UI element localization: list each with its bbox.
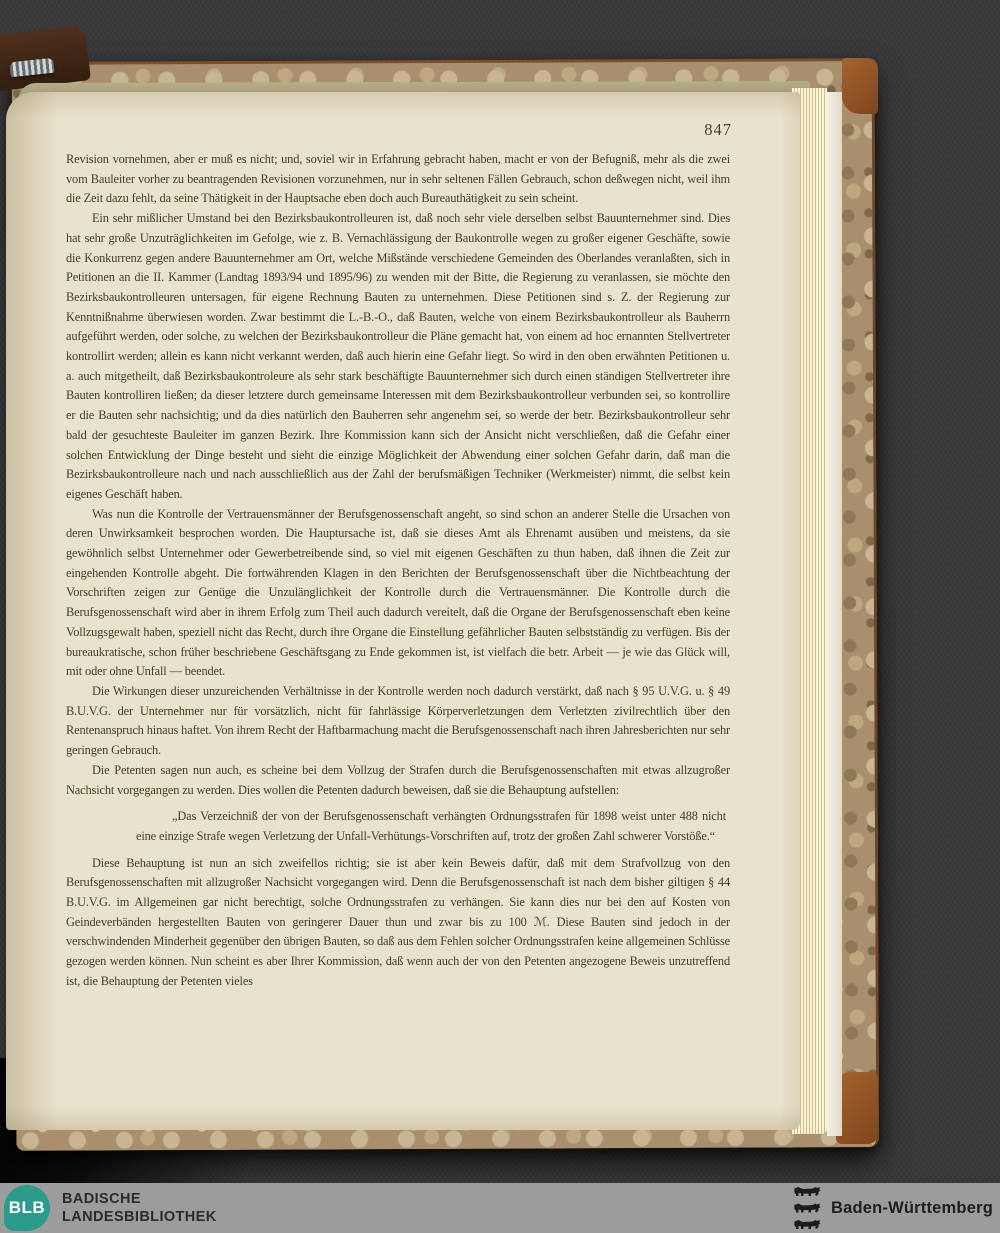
paragraph: Die Petenten sagen nun auch, es scheine …	[66, 761, 730, 800]
paragraph: Ein sehr mißlicher Umstand bei den Bezir…	[66, 209, 730, 505]
page-number: 847	[654, 120, 732, 140]
state-branding: Baden-Württemberg	[793, 1185, 993, 1231]
baden-wuerttemberg-coat-of-arms-icon	[793, 1186, 821, 1230]
library-name-line2: LANDESBIBLIOTHEK	[62, 1208, 217, 1226]
footer-bar: BLB BADISCHE LANDESBIBLIOTHEK Baden-Würt…	[0, 1183, 1000, 1233]
scan-viewer: 847 Revision vornehmen, aber er muß es n…	[0, 0, 1000, 1233]
endpaper-edge	[827, 92, 842, 1136]
page-text: Revision vornehmen, aber er muß es nicht…	[66, 150, 730, 1125]
leather-corner-top-right	[842, 58, 878, 114]
paragraph: Was nun die Kontrolle der Vertrauensmänn…	[66, 505, 730, 682]
paragraph: Revision vornehmen, aber er muß es nicht…	[66, 150, 730, 209]
library-name: BADISCHE LANDESBIBLIOTHEK	[62, 1190, 217, 1226]
blb-logo: BLB	[4, 1185, 50, 1231]
paragraph: Die Wirkungen dieser unzureichenden Verh…	[66, 682, 730, 761]
book-scan[interactable]: 847 Revision vornehmen, aber er muß es n…	[0, 0, 1000, 1183]
state-name: Baden-Württemberg	[831, 1199, 993, 1218]
leather-corner-bottom-right	[836, 1072, 878, 1144]
library-name-line1: BADISCHE	[62, 1190, 217, 1208]
paragraph: Diese Behauptung ist nun an sich zweifel…	[66, 854, 730, 992]
book-page: 847 Revision vornehmen, aber er muß es n…	[6, 92, 800, 1130]
blb-logo-text: BLB	[9, 1198, 45, 1218]
block-quote: „Das Verzeichniß der von der Berufsgenos…	[136, 807, 726, 846]
